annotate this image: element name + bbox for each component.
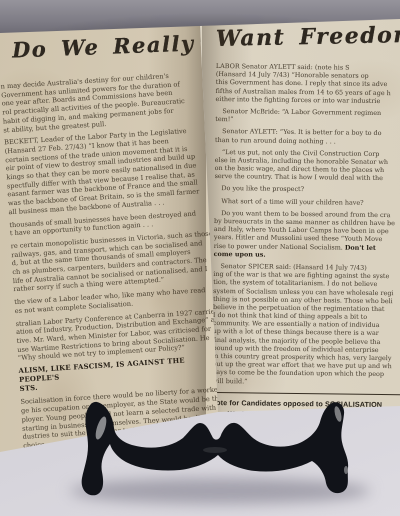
vote-box-line: Restrictions as soon as the war is w (212, 419, 400, 433)
open-booklet: Do We Really n may decide Australia's de… (0, 0, 400, 516)
center-fold-shadow (148, 20, 206, 456)
photo-canvas: Do We Really n may decide Australia's de… (0, 0, 400, 516)
paragraph-conscription: strial conscription is certainly a socia… (24, 442, 230, 464)
